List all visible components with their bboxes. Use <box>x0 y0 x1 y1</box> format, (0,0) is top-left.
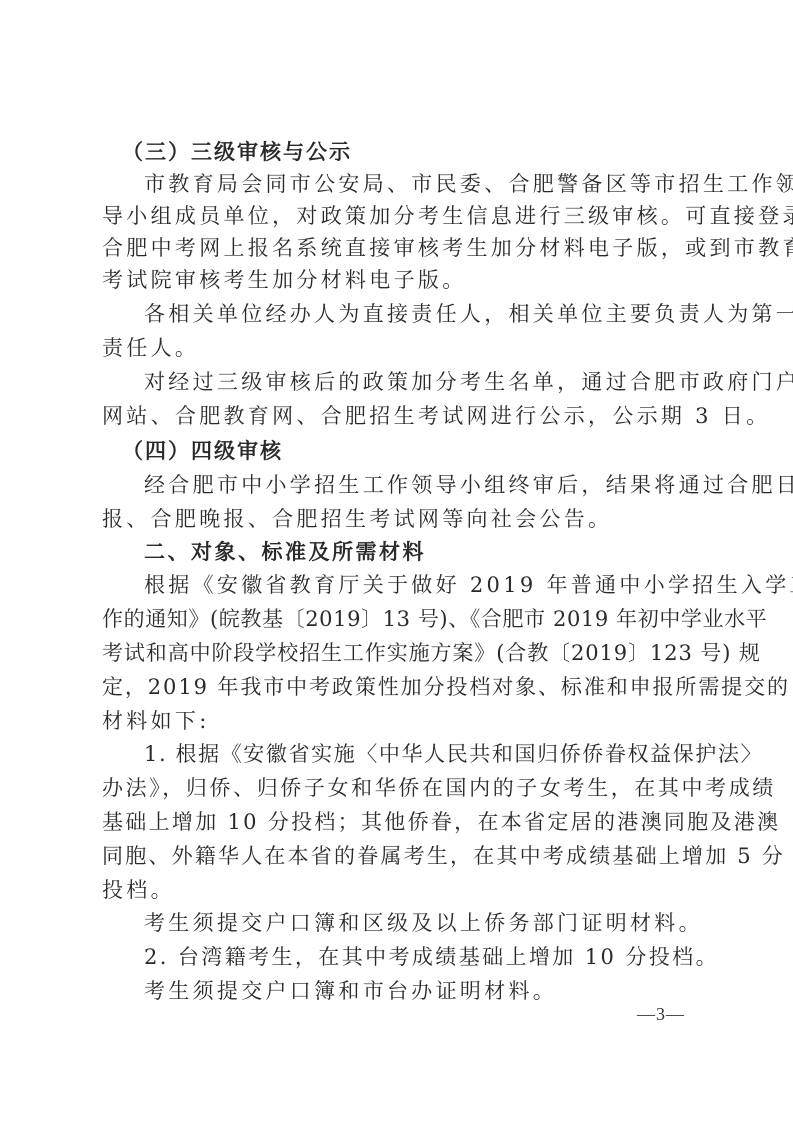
list-item-2: 2. 台湾籍考生，在其中考成绩基础上增加 10 分投档。 <box>144 943 734 971</box>
paragraph-line: 网站、合肥教育网、合肥招生考试网进行公示，公示期 3 日。 <box>102 402 692 430</box>
paragraph-line: 考试和高中阶段学校招生工作实施方案》(合教〔2019〕123 号) 规 <box>102 639 692 667</box>
paragraph-line: 考生须提交户口簿和市台办证明材料。 <box>144 977 734 1005</box>
subheading-four-level-review: （四）四级审核 <box>122 437 712 465</box>
paragraph-line: 根据《安徽省教育厅关于做好 2019 年普通中小学招生入学工 <box>144 571 734 599</box>
paragraph-line: 合肥中考网上报名系统直接审核考生加分材料电子版，或到市教育 <box>102 234 692 262</box>
paragraph-line: 导小组成员单位，对政策加分考生信息进行三级审核。可直接登录 <box>102 202 692 230</box>
paragraph-line: 考试院审核考生加分材料电子版。 <box>102 266 692 294</box>
paragraph-line: 投档。 <box>102 876 692 904</box>
paragraph-line: 市教育局会同市公安局、市民委、合肥警备区等市招生工作领 <box>144 170 734 198</box>
paragraph-line: 报、合肥晚报、合肥招生考试网等向社会公告。 <box>102 505 692 533</box>
paragraph-line: 各相关单位经办人为直接责任人，相关单位主要负责人为第一 <box>144 300 734 328</box>
paragraph-line: 同胞、外籍华人在本省的眷属考生，在其中考成绩基础上增加 5 分 <box>102 842 692 870</box>
document-page: （三）三级审核与公示 市教育局会同市公安局、市民委、合肥警备区等市招生工作领 导… <box>0 0 793 1122</box>
paragraph-line: 对经过三级审核后的政策加分考生名单，通过合肥市政府门户 <box>144 368 734 396</box>
paragraph-line: 定，2019 年我市中考政策性加分投档对象、标准和申报所需提交的 <box>102 673 692 701</box>
section-heading-objects-standards: 二、对象、标准及所需材料 <box>144 538 734 566</box>
paragraph-line: 经合肥市中小学招生工作领导小组终审后，结果将通过合肥日 <box>144 471 734 499</box>
list-item-1: 1. 根据《安徽省实施〈中华人民共和国归侨侨眷权益保护法〉 <box>144 740 734 768</box>
paragraph-line: 材料如下: <box>102 707 692 735</box>
page-number: —3— <box>637 1004 685 1025</box>
paragraph-line: 责任人。 <box>102 334 692 362</box>
paragraph-line: 办法》，归侨、归侨子女和华侨在国内的子女考生，在其中考成绩 <box>102 774 692 802</box>
subheading-three-level-review: （三）三级审核与公示 <box>122 138 712 166</box>
paragraph-line: 基础上增加 10 分投档；其他侨眷，在本省定居的港澳同胞及港澳 <box>102 808 692 836</box>
paragraph-line: 考生须提交户口簿和区级及以上侨务部门证明材料。 <box>144 909 734 937</box>
paragraph-line: 作的通知》(皖教基〔2019〕13 号)、《合肥市 2019 年初中学业水平 <box>102 605 692 633</box>
